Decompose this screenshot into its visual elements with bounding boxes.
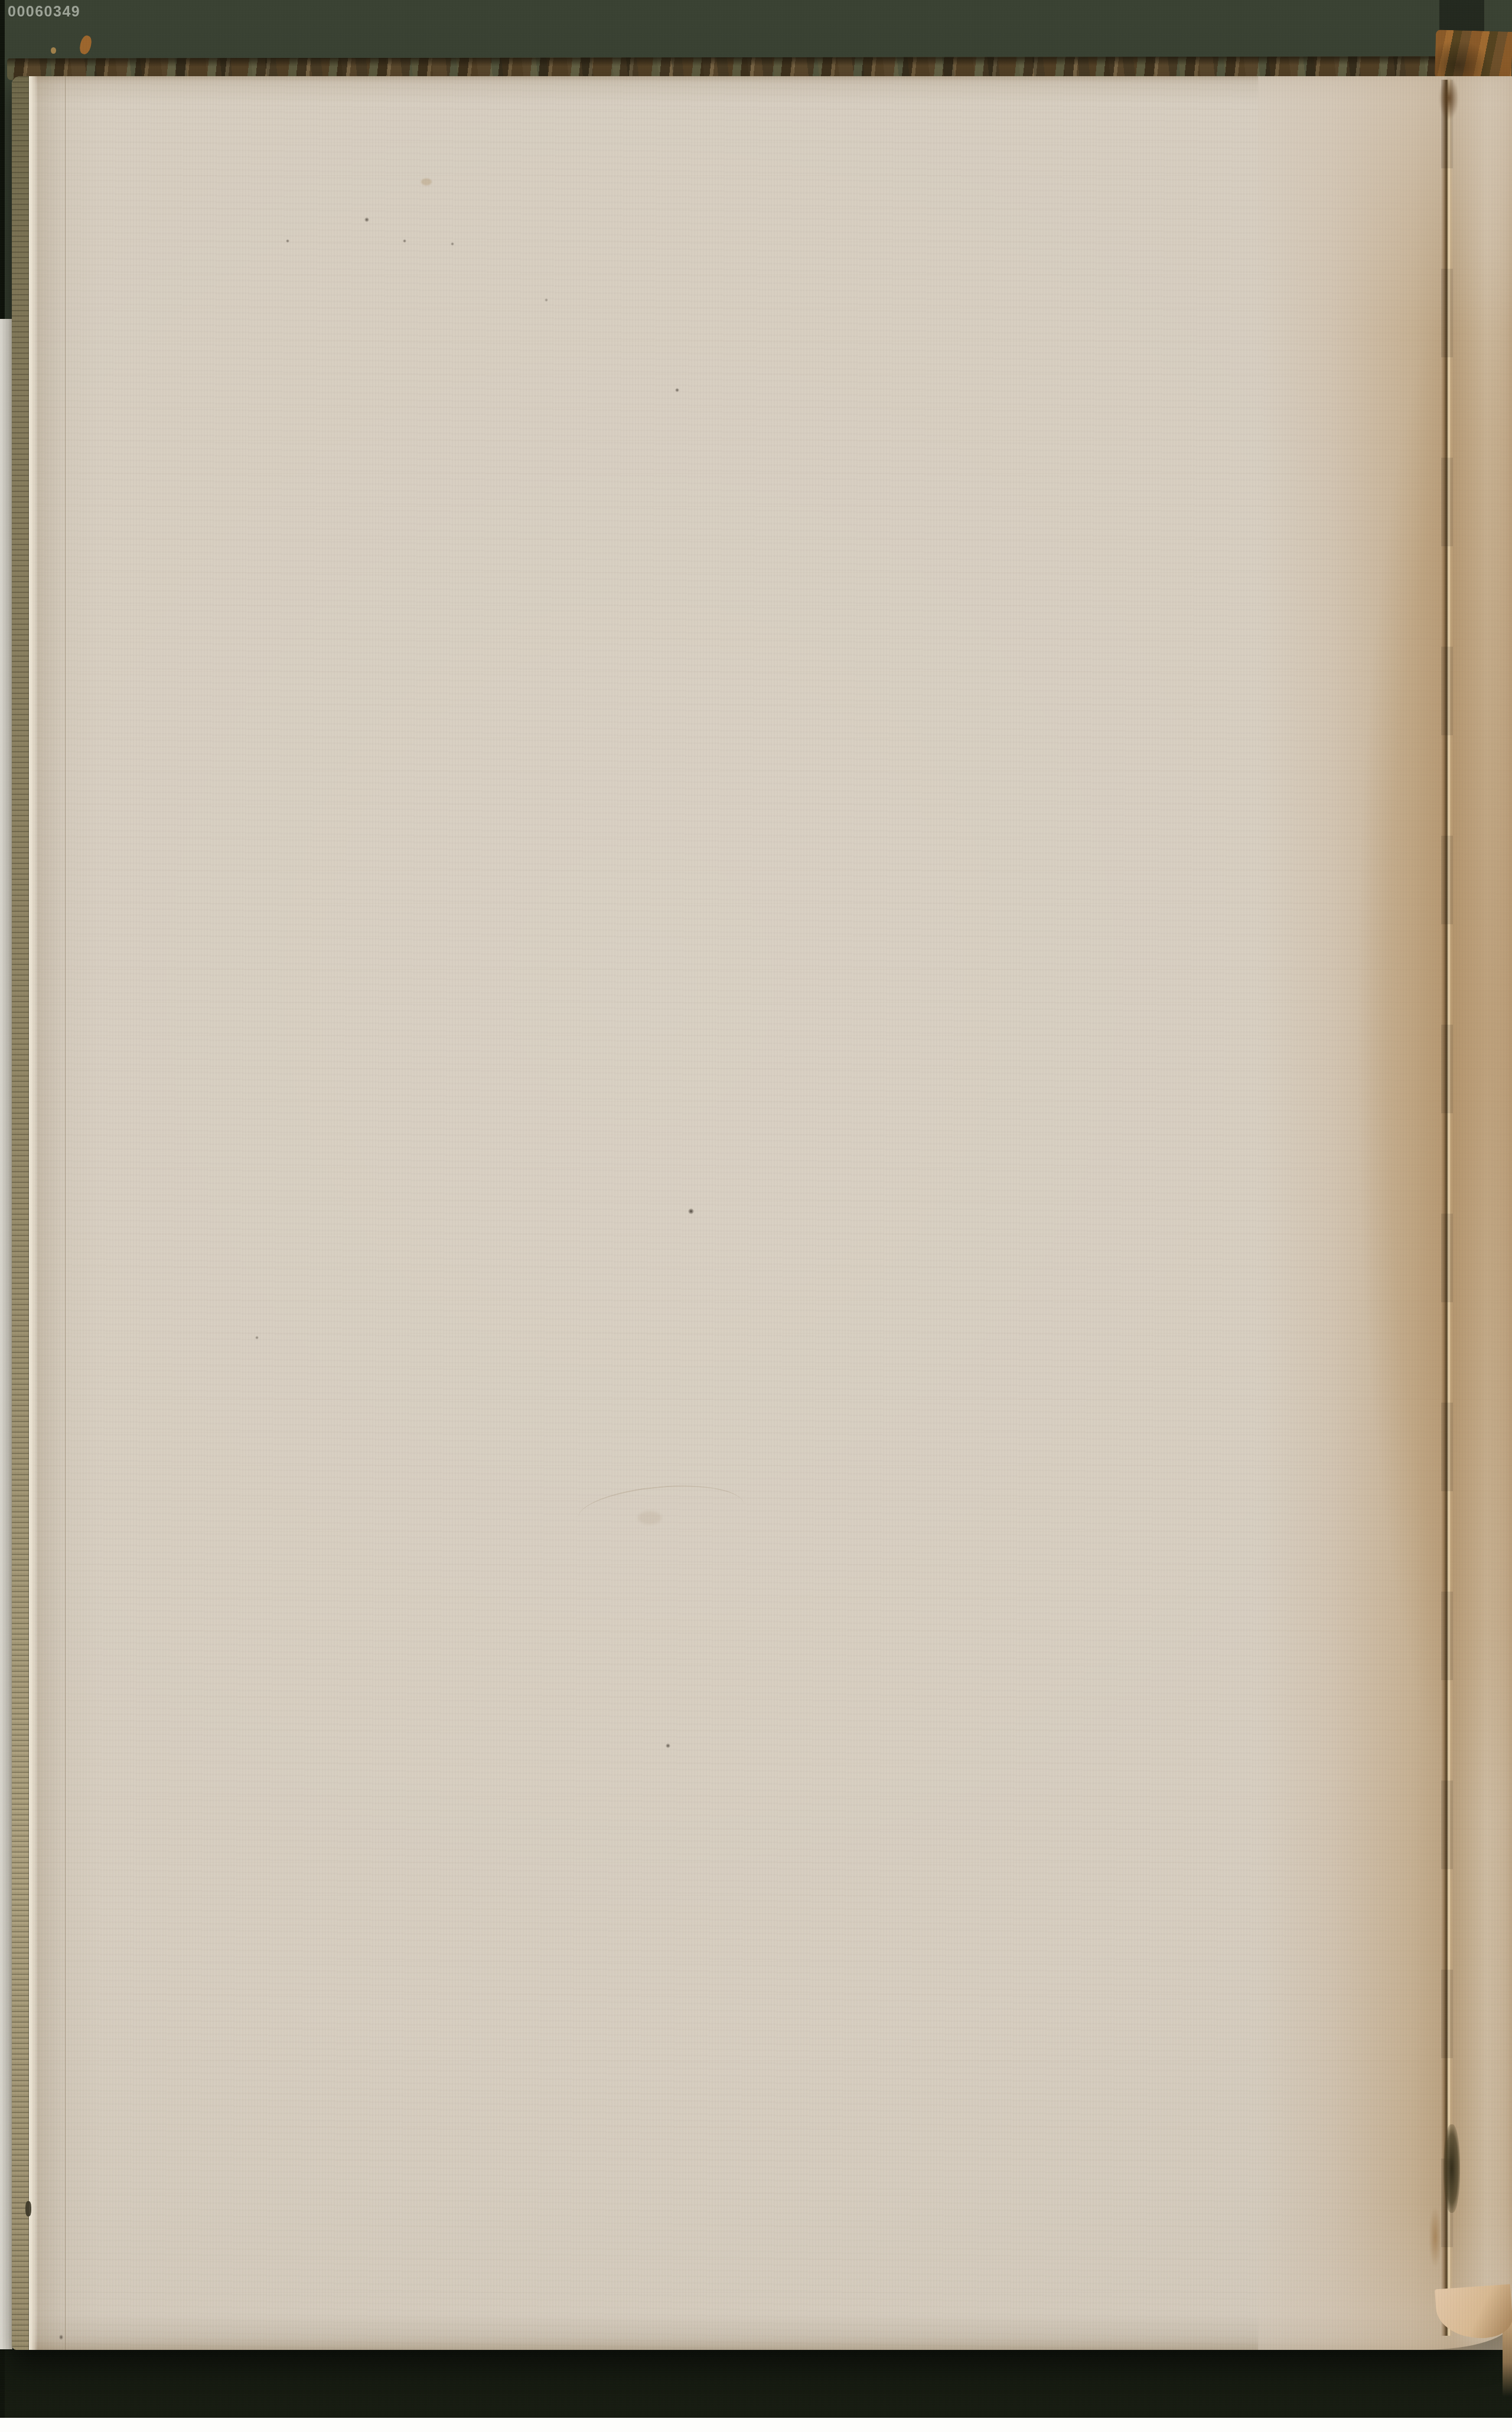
cover-marbling-fleck (51, 47, 56, 54)
page-left-margin-fold-line (37, 76, 66, 2350)
gutter-crease-line (1441, 80, 1453, 2336)
book-scan-canvas: 00060349 (0, 0, 1512, 2432)
foxing-smudge (638, 1511, 661, 1524)
gutter-edge-sliver (1503, 2321, 1512, 2397)
cover-marbling-fleck (78, 34, 93, 55)
paper-speck (451, 242, 454, 246)
paper-speck (403, 239, 406, 243)
scan-id-watermark: 00060349 (8, 4, 80, 21)
blank-book-page (12, 76, 1512, 2350)
scanner-white-strip (0, 2418, 1512, 2432)
scan-edge-left-white (0, 319, 12, 2349)
paper-speck (286, 239, 289, 243)
paper-speck (545, 298, 548, 302)
page-edge-highlight (29, 76, 37, 2350)
gutter-stain-top-fade (1258, 76, 1512, 330)
paper-speck (675, 388, 679, 392)
gutter-water-stain (1258, 76, 1512, 2350)
paper-speck (255, 1336, 259, 1339)
paper-speck (364, 217, 369, 222)
paper-speck (59, 2335, 63, 2340)
gutter-crease-top-stain (1439, 76, 1459, 120)
paper-speck (688, 1208, 694, 1214)
gutter-crease-bottom-stain (1429, 2208, 1441, 2266)
gutter-crease-dark-blotch (1443, 2124, 1460, 2213)
edge-stack-knot (25, 2201, 31, 2216)
spine-head-marbling (1435, 30, 1512, 81)
page-edge-stack (12, 76, 29, 2350)
paper-speck (666, 1743, 670, 1748)
foxing-smudge (421, 178, 432, 185)
